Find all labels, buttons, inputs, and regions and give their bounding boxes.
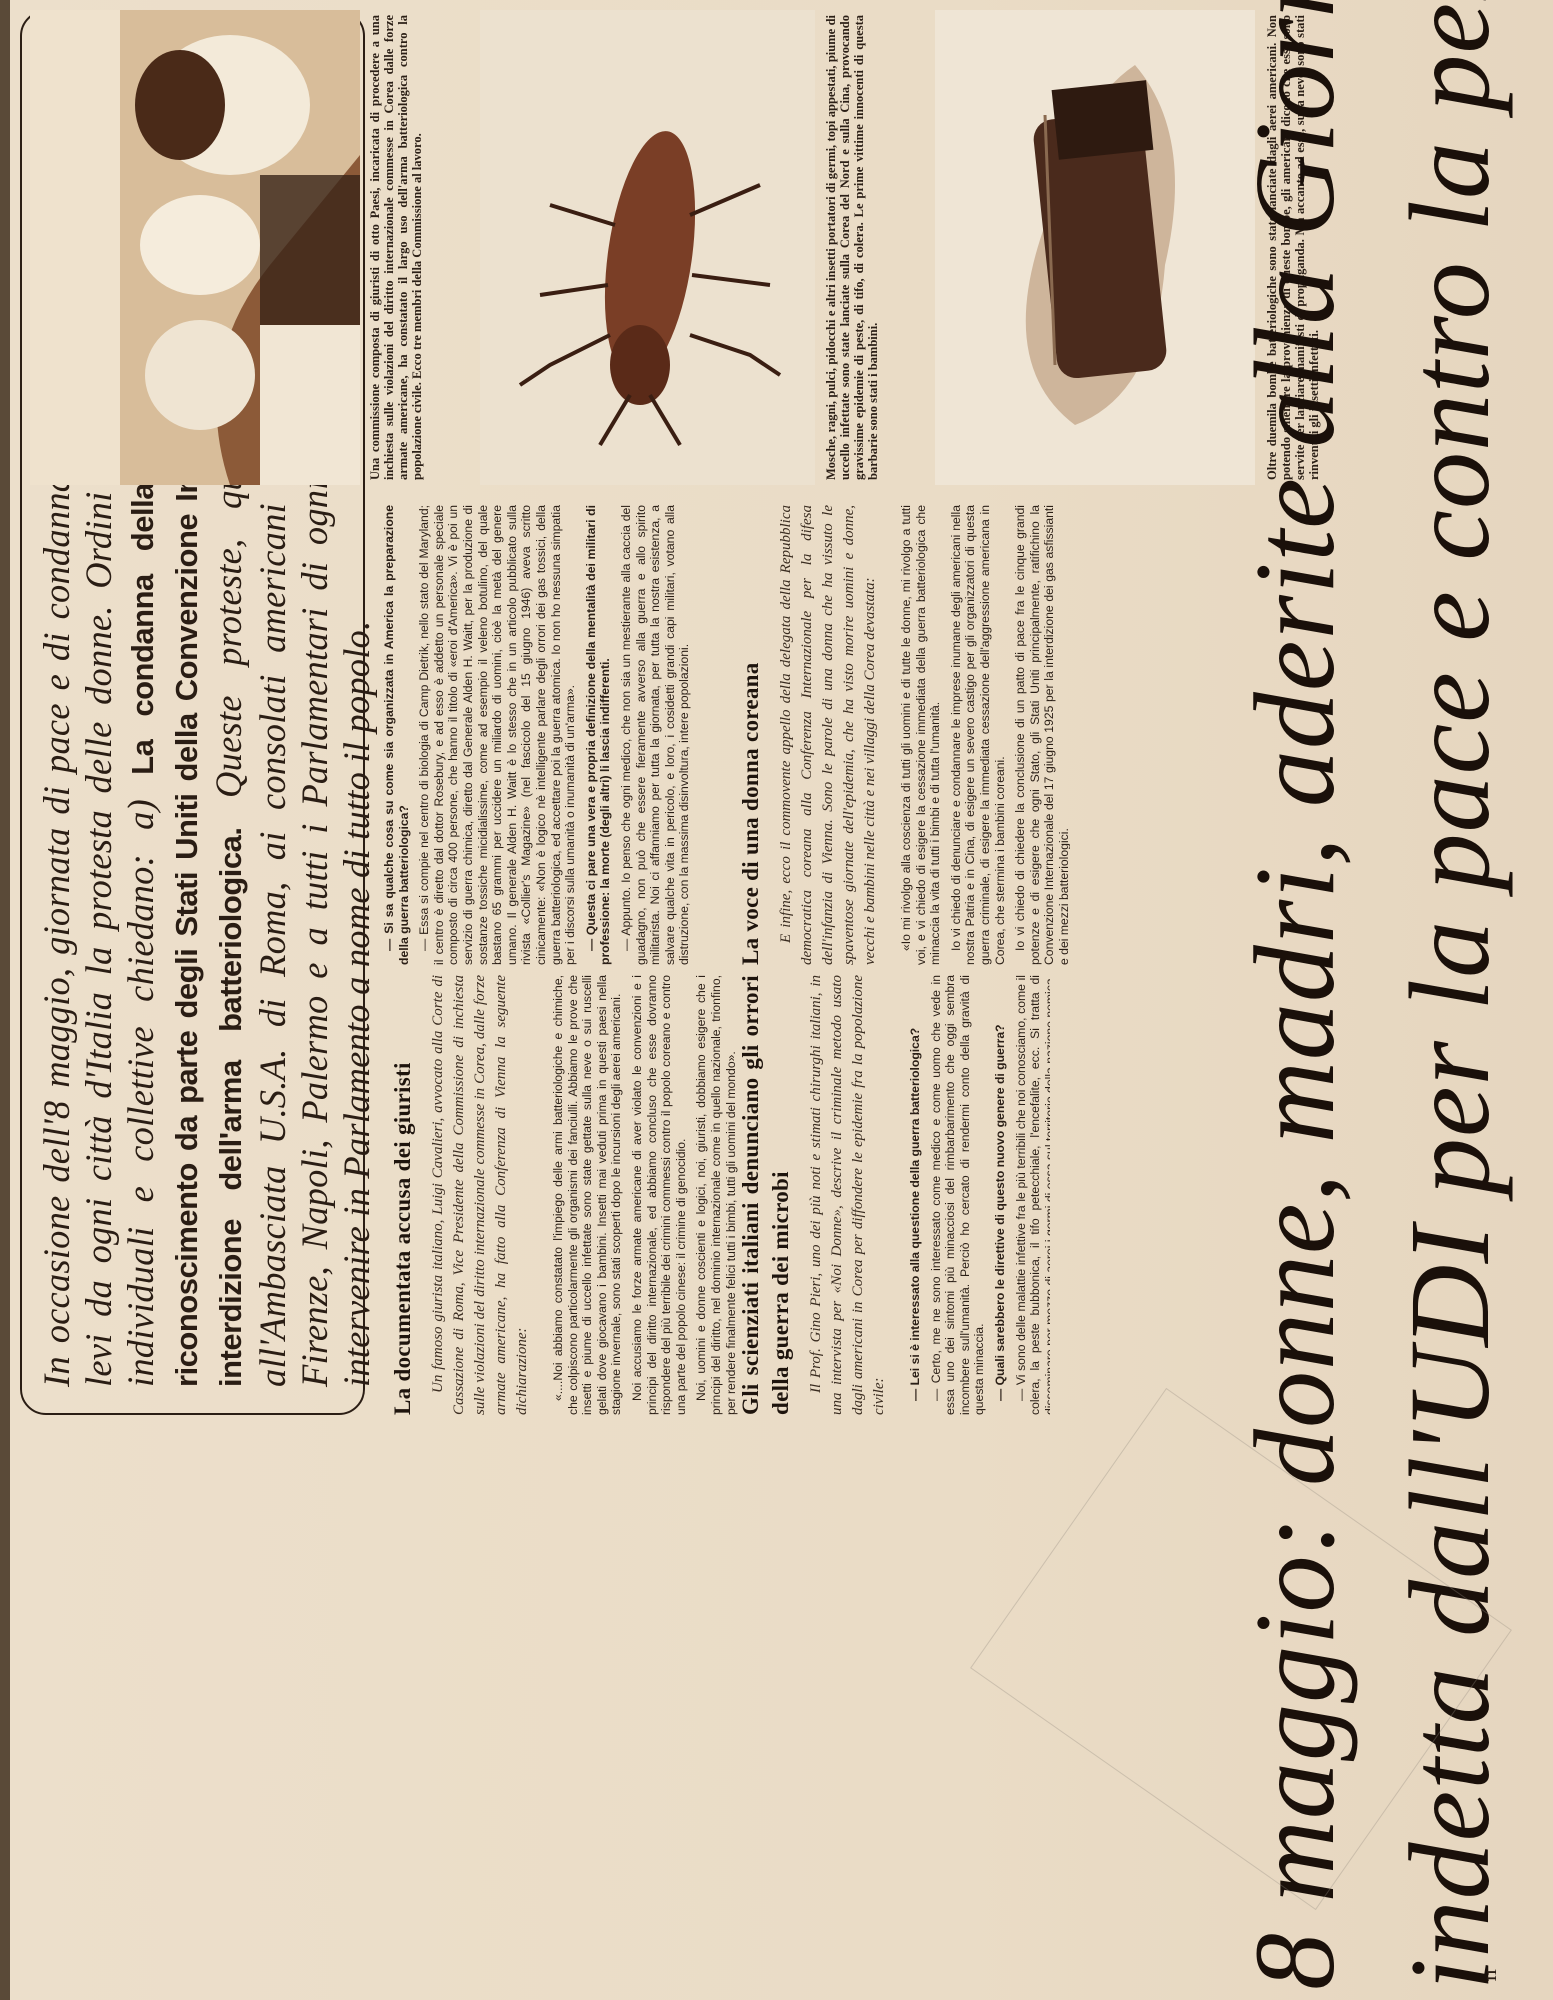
interview-answer: — Appunto. Io penso che ogni medico, che…: [619, 505, 692, 965]
masked-doctors-illustration: [30, 10, 360, 485]
interview-question: — Lei si è interessato alla questione de…: [908, 975, 923, 1415]
section-lead-scientists: Il Prof. Gino Pieri, uno dei più noti e …: [806, 975, 890, 1415]
page-number: 11: [1485, 1969, 1501, 1982]
magazine-page: In occasione dell'8 maggio, giornata di …: [10, 0, 1553, 2000]
interview-answer: — Essa si compie nel centro di biologia …: [417, 505, 578, 965]
interview-question: — Questa ci pare una vera e propria defi…: [584, 505, 613, 965]
interview-answer: — Vi sono delle malattie infettive fra l…: [1014, 975, 1050, 1415]
article-column-4: La voce di una donna coreana E infine, e…: [730, 505, 1070, 965]
insect-photo-caption: Mosche, ragni, pulci, pidocchi e altri i…: [824, 15, 924, 480]
bomb-casing-illustration: [935, 10, 1255, 485]
insect-illustration: [480, 10, 815, 485]
jurists-paragraph: Noi accusiamo le forze armate americane …: [630, 975, 688, 1415]
interview-question: — Si sa qualche cosa su come sia organiz…: [382, 505, 411, 965]
jurists-photo-caption: Una commissione composta di giuristi di …: [368, 15, 468, 480]
article-column-1: La documentata accusa dei giuristi Un fa…: [382, 975, 682, 1415]
section-lead-jurists: Un famoso giurista italiano, Luigi Caval…: [428, 975, 533, 1415]
jurists-commission-photo: [30, 10, 360, 485]
infected-insect-photo: [480, 10, 815, 485]
korean-paragraph: «Io mi rivolgo alla coscienza di tutti g…: [899, 505, 943, 965]
section-lead-korean: E infine, ecco il commovente appello del…: [776, 505, 881, 965]
bacteriological-bomb-photo: [935, 10, 1255, 485]
section-title-jurists: La documentata accusa dei giuristi: [388, 975, 418, 1415]
article-column-2: Gli scienziati italiani denunciano gli o…: [730, 975, 1050, 1415]
korean-paragraph: Io vi chiedo di denunciare e condannare …: [949, 505, 1007, 965]
page-spine-shadow: [0, 0, 10, 2000]
section-title-scientists: Gli scienziati italiani denunciano gli o…: [736, 975, 796, 1415]
jurists-paragraph: «....Noi abbiamo constatato l'impiego de…: [551, 975, 624, 1415]
korean-paragraph: Io vi chiedo di chiedere la conclusione …: [1013, 505, 1070, 965]
interview-question: — Quali sarebbero le direttive di questo…: [993, 975, 1008, 1415]
section-title-korean: La voce di una donna coreana: [736, 505, 766, 965]
interview-answer: — Certo, me ne sono interessato come med…: [929, 975, 987, 1415]
article-column-3: — Si sa qualche cosa su come sia organiz…: [382, 505, 722, 965]
